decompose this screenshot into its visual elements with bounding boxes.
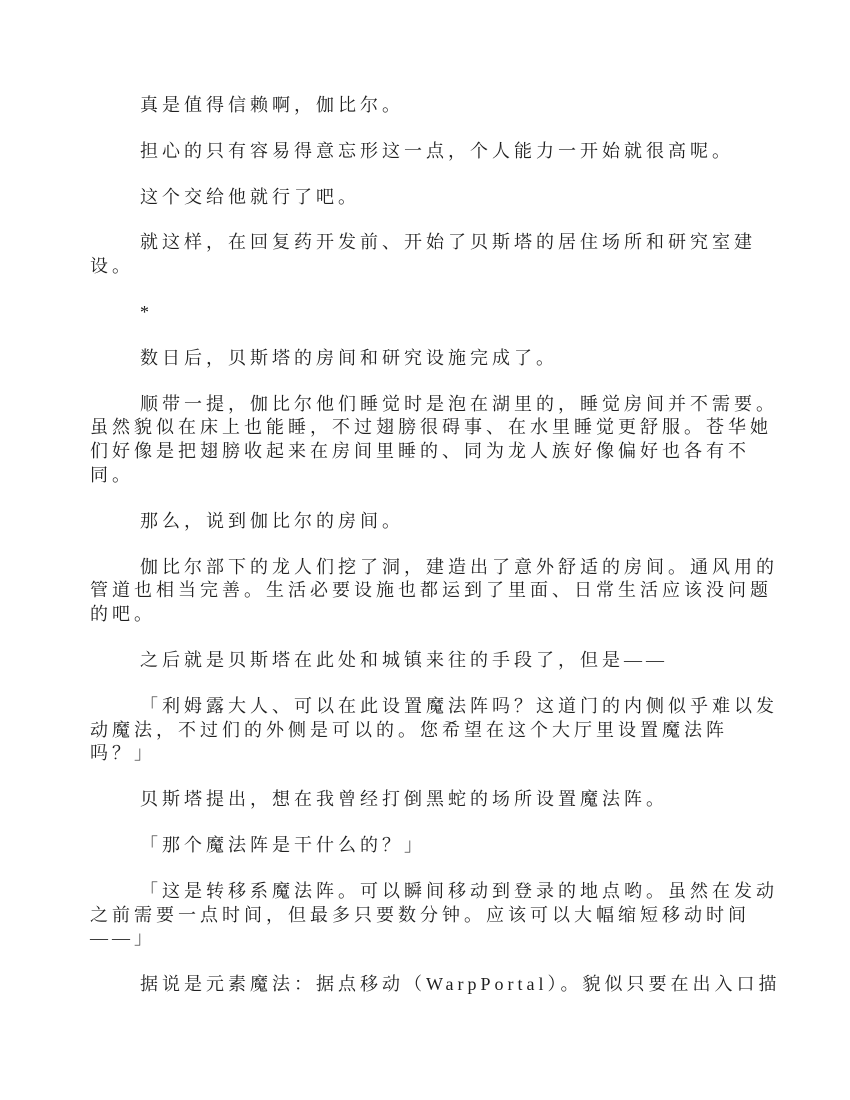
- text-line: 动魔法，不过们的外侧是可以的。您希望在这个大厅里设置魔法阵: [90, 719, 805, 743]
- paragraph: 真是值得信赖啊，伽比尔。: [90, 94, 805, 118]
- text-line: 们好像是把翅膀收起来在房间里睡的、同为龙人族好像偏好也各有不: [90, 440, 805, 464]
- paragraph: 据说是元素魔法：据点移动（WarpPortal）。貌似只要在出入口描: [90, 973, 805, 997]
- text-line: 伽比尔部下的龙人们挖了洞，建造出了意外舒适的房间。通风用的: [90, 556, 805, 580]
- section-separator: *: [90, 301, 805, 325]
- text-line: ——」: [90, 927, 805, 951]
- paragraph: 数日后，贝斯塔的房间和研究设施完成了。: [90, 347, 805, 371]
- paragraph: 「利姆露大人、可以在此设置魔法阵吗？这道门的内侧似乎难以发动魔法，不过们的外侧是…: [90, 695, 805, 766]
- text-line: 虽然貌似在床上也能睡，不过翅膀很碍事、在水里睡觉更舒服。苍华她: [90, 416, 805, 440]
- paragraph: 贝斯塔提出，想在我曾经打倒黑蛇的场所设置魔法阵。: [90, 788, 805, 812]
- text-line: 就这样，在回复药开发前、开始了贝斯塔的居住场所和研究室建: [90, 231, 805, 255]
- document-page: 真是值得信赖啊，伽比尔。担心的只有容易得意忘形这一点，个人能力一开始就很高呢。这…: [90, 94, 805, 1019]
- paragraph: 「那个魔法阵是干什么的？」: [90, 834, 805, 858]
- text-line: 真是值得信赖啊，伽比尔。: [90, 94, 805, 118]
- text-line: 管道也相当完善。生活必要设施也都运到了里面、日常生活应该没问题: [90, 579, 805, 603]
- text-line: 那么，说到伽比尔的房间。: [90, 510, 805, 534]
- paragraph: 担心的只有容易得意忘形这一点，个人能力一开始就很高呢。: [90, 140, 805, 164]
- text-line: 据说是元素魔法：据点移动（WarpPortal）。貌似只要在出入口描: [90, 973, 805, 997]
- paragraph: 伽比尔部下的龙人们挖了洞，建造出了意外舒适的房间。通风用的管道也相当完善。生活必…: [90, 556, 805, 627]
- text-line: 担心的只有容易得意忘形这一点，个人能力一开始就很高呢。: [90, 140, 805, 164]
- text-line: 「那个魔法阵是干什么的？」: [90, 834, 805, 858]
- text-line: 「这是转移系魔法阵。可以瞬间移动到登录的地点哟。虽然在发动: [90, 880, 805, 904]
- text-line: 贝斯塔提出，想在我曾经打倒黑蛇的场所设置魔法阵。: [90, 788, 805, 812]
- paragraph: 这个交给他就行了吧。: [90, 186, 805, 210]
- paragraph: 就这样，在回复药开发前、开始了贝斯塔的居住场所和研究室建设。: [90, 231, 805, 279]
- text-line: *: [90, 301, 805, 325]
- text-line: 之前需要一点时间，但最多只要数分钟。应该可以大幅缩短移动时间: [90, 904, 805, 928]
- paragraph: 之后就是贝斯塔在此处和城镇来往的手段了，但是——: [90, 649, 805, 673]
- text-line: 这个交给他就行了吧。: [90, 186, 805, 210]
- text-line: 之后就是贝斯塔在此处和城镇来往的手段了，但是——: [90, 649, 805, 673]
- text-line: 顺带一提，伽比尔他们睡觉时是泡在湖里的，睡觉房间并不需要。: [90, 393, 805, 417]
- paragraph: 那么，说到伽比尔的房间。: [90, 510, 805, 534]
- text-line: 的吧。: [90, 603, 805, 627]
- text-line: 设。: [90, 255, 805, 279]
- paragraph: 顺带一提，伽比尔他们睡觉时是泡在湖里的，睡觉房间并不需要。虽然貌似在床上也能睡，…: [90, 393, 805, 488]
- text-line: 数日后，贝斯塔的房间和研究设施完成了。: [90, 347, 805, 371]
- paragraph: 「这是转移系魔法阵。可以瞬间移动到登录的地点哟。虽然在发动之前需要一点时间，但最…: [90, 880, 805, 951]
- text-line: 「利姆露大人、可以在此设置魔法阵吗？这道门的内侧似乎难以发: [90, 695, 805, 719]
- text-line: 同。: [90, 464, 805, 488]
- text-line: 吗？」: [90, 742, 805, 766]
